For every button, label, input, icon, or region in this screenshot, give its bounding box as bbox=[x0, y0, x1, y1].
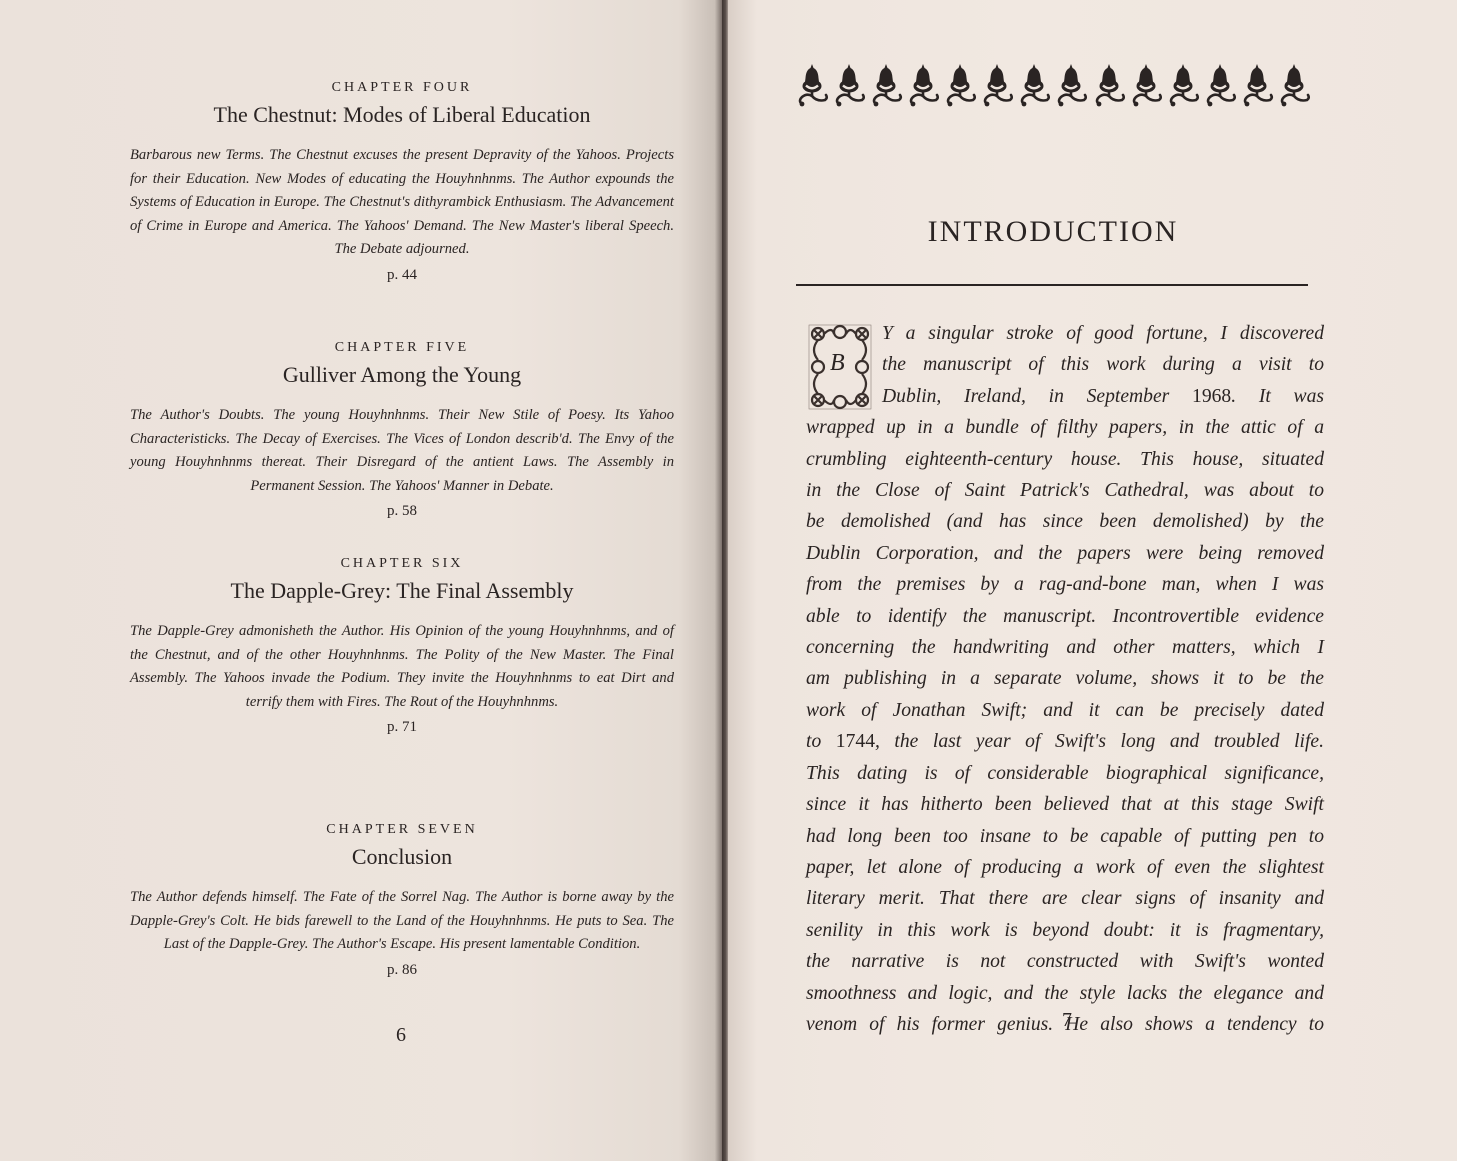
body-line: am publishing in a separate volume, show… bbox=[806, 663, 1324, 694]
body-line: had long been too insane to be capable o… bbox=[806, 821, 1324, 852]
left-page: CHAPTER FOUR The Chestnut: Modes of Libe… bbox=[0, 0, 722, 1161]
chapter-title: Gulliver Among the Young bbox=[118, 360, 686, 390]
body-line: able to identify the manuscript. Incontr… bbox=[806, 601, 1324, 632]
body-lines: Y a singular stroke of good fortune, I d… bbox=[806, 318, 1324, 1040]
fleuron-bell-scroll-icon bbox=[1129, 62, 1163, 108]
ornament-border bbox=[795, 62, 1311, 108]
chapter-entry-four: CHAPTER FOUR The Chestnut: Modes of Libe… bbox=[118, 78, 686, 286]
body-line: be demolished (and has since been demoli… bbox=[806, 506, 1324, 537]
body-line: crumbling eighteenth-century house. This… bbox=[806, 444, 1324, 475]
fleuron-bell-scroll-icon bbox=[1277, 62, 1311, 108]
introduction-body: B Y a singular stroke of good fortune, I… bbox=[806, 318, 1324, 1040]
drop-cap: B bbox=[806, 322, 874, 412]
body-line: wrapped up in a bundle of filthy papers,… bbox=[806, 412, 1324, 443]
chapter-title: Conclusion bbox=[118, 842, 686, 872]
fleuron-bell-scroll-icon bbox=[980, 62, 1014, 108]
chapter-label: CHAPTER FOUR bbox=[118, 78, 686, 98]
fleuron-bell-scroll-icon bbox=[1203, 62, 1237, 108]
page-number-right: 7 bbox=[1062, 1008, 1072, 1032]
body-line: senility in this work is beyond doubt: i… bbox=[806, 915, 1324, 946]
chapter-entry-six: CHAPTER SIX The Dapple-Grey: The Final A… bbox=[118, 554, 686, 738]
chapter-page-ref: p. 58 bbox=[118, 500, 686, 522]
body-line: from the premises by a rag-and-bone man,… bbox=[806, 569, 1324, 600]
body-line: Y a singular stroke of good fortune, I d… bbox=[806, 318, 1324, 349]
body-line: the narrative is not constructed with Sw… bbox=[806, 946, 1324, 977]
body-line: since it has hitherto been believed that… bbox=[806, 789, 1324, 820]
chapter-title: The Chestnut: Modes of Liberal Education bbox=[118, 100, 686, 130]
fleuron-bell-scroll-icon bbox=[943, 62, 977, 108]
chapter-summary: The Dapple-Grey admonisheth the Author. … bbox=[130, 620, 674, 714]
body-line: in the Close of Saint Patrick's Cathedra… bbox=[806, 475, 1324, 506]
body-line: This dating is of considerable biographi… bbox=[806, 758, 1324, 789]
body-line: smoothness and logic, and the style lack… bbox=[806, 978, 1324, 1009]
chapter-title: The Dapple-Grey: The Final Assembly bbox=[118, 576, 686, 606]
chapter-entry-seven: CHAPTER SEVEN Conclusion The Author defe… bbox=[118, 820, 686, 981]
body-line: work of Jonathan Swift; and it can be pr… bbox=[806, 695, 1324, 726]
fleuron-bell-scroll-icon bbox=[906, 62, 940, 108]
body-line: concerning the handwriting and other mat… bbox=[806, 632, 1324, 663]
fleuron-bell-scroll-icon bbox=[832, 62, 866, 108]
chapter-label: CHAPTER FIVE bbox=[118, 338, 686, 358]
page-number-left: 6 bbox=[396, 1023, 406, 1047]
fleuron-bell-scroll-icon bbox=[1054, 62, 1088, 108]
chapter-summary: Barbarous new Terms. The Chestnut excuse… bbox=[130, 144, 674, 262]
chapter-page-ref: p. 71 bbox=[118, 716, 686, 738]
fleuron-bell-scroll-icon bbox=[1017, 62, 1051, 108]
chapter-page-ref: p. 86 bbox=[118, 959, 686, 981]
fleuron-bell-scroll-icon bbox=[1092, 62, 1126, 108]
body-line: Dublin Corporation, and the papers were … bbox=[806, 538, 1324, 569]
body-line: Dublin, Ireland, in September 1968. It w… bbox=[806, 381, 1324, 412]
drop-cap-letter: B bbox=[830, 348, 845, 379]
body-line: the manuscript of this work during a vis… bbox=[806, 349, 1324, 380]
fleuron-bell-scroll-icon bbox=[795, 62, 829, 108]
chapter-page-ref: p. 44 bbox=[118, 264, 686, 286]
chapter-entry-five: CHAPTER FIVE Gulliver Among the Young Th… bbox=[118, 338, 686, 522]
chapter-label: CHAPTER SIX bbox=[118, 554, 686, 574]
body-line: literary merit. That there are clear sig… bbox=[806, 883, 1324, 914]
heading-rule bbox=[796, 284, 1308, 286]
fleuron-bell-scroll-icon bbox=[1166, 62, 1200, 108]
fleuron-bell-scroll-icon bbox=[869, 62, 903, 108]
chapter-summary: The Author's Doubts. The young Houyhnhnm… bbox=[130, 404, 674, 498]
fleuron-bell-scroll-icon bbox=[1240, 62, 1274, 108]
chapter-summary: The Author defends himself. The Fate of … bbox=[130, 886, 674, 957]
chapter-label: CHAPTER SEVEN bbox=[118, 820, 686, 840]
body-line: to 1744, the last year of Swift's long a… bbox=[806, 726, 1324, 757]
page-heading: INTRODUCTION bbox=[795, 212, 1311, 252]
body-line: paper, let alone of producing a work of … bbox=[806, 852, 1324, 883]
